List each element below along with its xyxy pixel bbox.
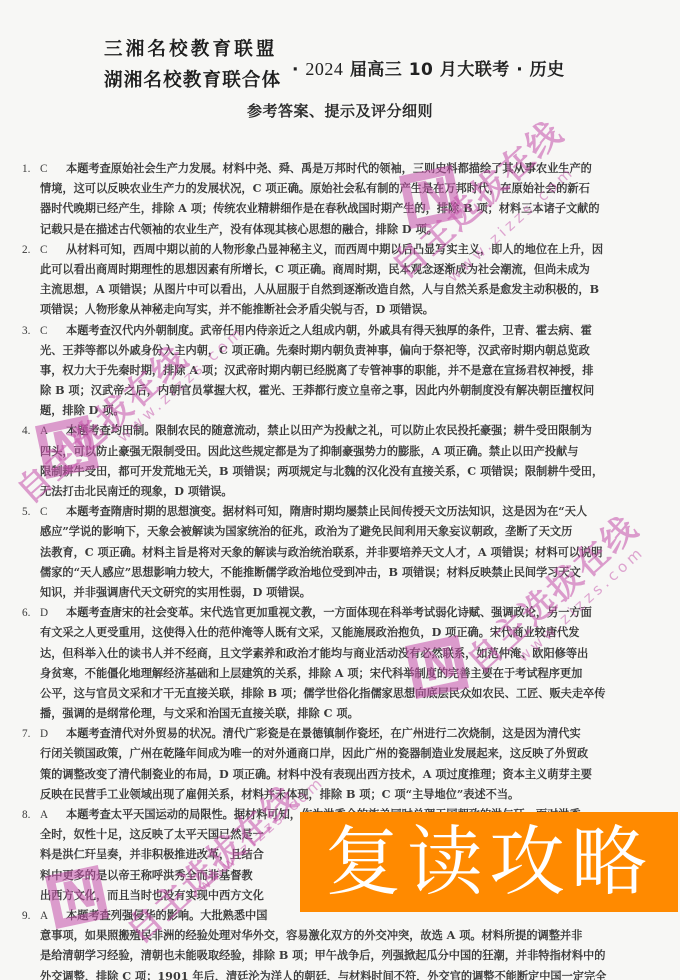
explanation-text: 公平，这与官员文采和才干无直接关联，排除 B 项；儒学世俗化指儒家思想向底层民众… [40,686,605,700]
answer-line: 策的调整改变了清代制瓷业的布局，D 项正确。材料中没有表现出西方技术，A 项过度… [22,764,662,784]
explanation-text: 从材料可知，西周中期以前的人物形象凸显神秘主义，而西周中期以后凸显写实主义，即人… [66,242,603,256]
watermark-logo-icon [399,165,463,229]
explanation-text: 项错误；人物形象从神秘走向写实，并不能推断社会矛盾尖锐与否，D 项错误。 [40,302,434,316]
explanation-text: 身贫寒，不能僵化地理解经济基础和上层建筑的关系，排除 A 项；宋代科举制度的完善… [40,666,582,680]
answer-line: 事，权力大于先秦时期，排除 A 项；汉武帝时期内朝已经脱离了专管神事的职能，并不… [22,360,662,380]
question-number: 8. [22,805,40,824]
answer-line: 意事项，如果照搬殖民非洲的经验处理对华外交，容易激化双方的外交冲突，故选 A 项… [22,925,662,945]
answer-choice: C [40,321,66,340]
organizer-line-2: 湖湘名校教育联合体 [104,65,281,96]
answer-item: 5.C本题考查隋唐时期的思想演变。据材料可知，隋唐时期均屡禁止民间传授天文历法知… [22,501,662,602]
explanation-text: 主流思想，A 项错误；从图片中可以看出，人从屈服于自然到逐渐改造自然，人与自然关… [40,282,599,296]
answer-item: 1.C本题考查原始社会生产力发展。材料中尧、舜、禹是万邦时代的领袖，三则史料都描… [22,158,662,239]
answer-choice: C [40,240,66,259]
explanation-text: 全时，奴性十足，这反映了太平天国已然是一 [40,827,264,841]
answer-item: 2.C从材料可知，西周中期以前的人物形象凸显神秘主义，而西周中期以后凸显写实主义… [22,239,662,320]
question-number: 1. [22,159,40,178]
answer-line: 除 B 项；汉武帝之后，内朝官员掌握大权，霍光、王莽都行废立皇帝之事，因此内外朝… [22,380,662,400]
answer-line: 主流思想，A 项错误；从图片中可以看出，人从屈服于自然到逐渐改造自然，人与自然关… [22,279,662,299]
question-number: 3. [22,321,40,340]
explanation-text: 本题考查清代对外贸易的状况。清代广彩瓷是在景德镇制作瓷坯，在广州进行二次烧制，这… [66,726,581,740]
answer-line: 2.C从材料可知，西周中期以前的人物形象凸显神秘主义，而西周中期以后凸显写实主义… [22,239,662,259]
answer-line: 感应”学说的影响下，天象会被解读为国家统治的征兆，政治为了避免民间利用天象妄议朝… [22,521,662,541]
answer-line: 4.A本题考查均田制。限制农民的随意流动，禁止以田产为投献之礼，可以防止农民投托… [22,420,662,440]
organizer-block: 三湘名校教育联盟 湖湘名校教育联合体 [104,34,281,96]
answer-item: 7.D本题考查清代对外贸易的状况。清代广彩瓷是在景德镇制作瓷坯，在广州进行二次烧… [22,723,662,804]
explanation-text: 反映在民营手工业领域出现了雇佣关系，材料并未体现，排除 B 项；C 项“主导地位… [40,787,519,801]
watermark-logo-icon [45,865,109,929]
watermark-logo-icon [35,415,99,479]
explanation-text: 本题考查隋唐时期的思想演变。据材料可知，隋唐时期均屡禁止民间传授天文历法知识，这… [66,504,587,518]
question-number: 2. [22,240,40,259]
explanation-text: 达，但科举入仕的读书人并不经商，且文学素养和政治才能均与商业活动没有必然联系，如… [40,646,588,660]
explanation-text: 播，强调的是纲常伦理，与文采和治国无直接关联，排除 C 项。 [40,706,359,720]
promo-banner[interactable]: 复读攻略 [300,812,678,912]
answer-line: 7.D本题考查清代对外贸易的状况。清代广彩瓷是在景德镇制作瓷坯，在广州进行二次烧… [22,723,662,743]
answer-line: 此可以看出商周时期理性的思想因素有所增长，C 项正确。商周时期，民本观念逐渐成为… [22,259,662,279]
answer-choice: D [40,724,66,743]
answer-item: 6.D本题考查唐宋的社会变革。宋代选官更加重视文教，一方面体现在科举考试弱化诗赋… [22,602,662,723]
explanation-text: 法教育，C 项正确。材料主旨是将对天象的解读与政治统治联系，并非要培养天文人才，… [40,545,602,559]
answer-line: 公平，这与官员文采和才干无直接关联，排除 B 项；儒学世俗化指儒家思想向底层民众… [22,683,662,703]
answer-line: 项错误；人物形象从神秘走向写实，并不能推断社会矛盾尖锐与否，D 项错误。 [22,299,662,319]
answer-line: 有文采之人更受重用，这使得入仕的范仲淹等人既有文采，又能施展政治抱负，D 项正确… [22,622,662,642]
answer-line: 反映在民营手工业领域出现了雇佣关系，材料并未体现，排除 B 项；C 项“主导地位… [22,784,662,804]
answer-line: 1.C本题考查原始社会生产力发展。材料中尧、舜、禹是万邦时代的领袖，三则史料都描… [22,158,662,178]
answer-line: 情境，这可以反映农业生产力的发展状况，C 项正确。原始社会私有制的产生是在万邦时… [22,178,662,198]
answer-line: 器时代晚期已经产生，排除 A 项；传统农业精耕细作是在春秋战国时期产生的，排除 … [22,198,662,218]
answer-line: 是给清朝学习经验，清朝也未能吸取经验，排除 B 项；甲午战争后，列强掀起瓜分中国… [22,945,662,965]
explanation-text: 意事项，如果照搬殖民非洲的经验处理对华外交，容易激化双方的外交冲突，故选 A 项… [40,928,582,942]
answer-line: 四头，可以防止豪强无限制受田。因此这些规定都是为了抑制豪强势力的膨胀，A 项正确… [22,441,662,461]
answer-line: 光、王莽等都以外戚身份入主内朝，C 项正确。先秦时期内朝负责神事，偏向于祭祀等，… [22,340,662,360]
explanation-text: 知识，并非强调唐代天文研究的实用性弱，D 项错误。 [40,585,311,599]
explanation-text: 料是洪仁玕呈奏，并非积极推进改革，且结合 [40,847,264,861]
explanation-text: 此可以看出商周时期理性的思想因素有所增长，C 项正确。商周时期，民本观念逐渐成为… [40,262,590,276]
question-number: 6. [22,603,40,622]
explanation-text: 本题考查均田制。限制农民的随意流动，禁止以田产为投献之礼，可以防止农民投托豪强；… [66,423,592,437]
answer-line: 行闭关锁国政策，广州在乾隆年间成为唯一的对外通商口岸，因此广州的瓷器制造业发展起… [22,743,662,763]
answer-line: 限制耕牛受田，都可开发荒地无关，B 项错误；两项规定与北魏的汉化没有直接关系，C… [22,461,662,481]
answer-line: 无法打击北民南迁的现象，D 项错误。 [22,481,662,501]
document-page: 三湘名校教育联盟 湖湘名校教育联合体 · 2024 届高三 10 月大联考 · … [0,0,680,980]
answer-choice: C [40,502,66,521]
answer-line: 3.C本题考查汉代内外朝制度。武帝任用内侍亲近之人组成内朝，外戚具有得天独厚的条… [22,320,662,340]
answer-choice: A [40,805,66,824]
answer-line: 儒家的“天人感应”思想影响力较大，不能推断儒学政治地位受到冲击，B 项错误；材料… [22,562,662,582]
explanation-text: 本题考查唐宋的社会变革。宋代选官更加重视文教，一方面体现在科举考试弱化诗赋、强调… [66,605,592,619]
answer-line: 法教育，C 项正确。材料主旨是将对天象的解读与政治统治联系，并非要培养天文人才，… [22,542,662,562]
explanation-text: 感应”学说的影响下，天象会被解读为国家统治的征兆，政治为了避免民间利用天象妄议朝… [40,524,572,538]
answer-item: 3.C本题考查汉代内外朝制度。武帝任用内侍亲近之人组成内朝，外戚具有得天独厚的条… [22,320,662,421]
exam-title: · 2024 届高三 10 月大联考 · 历史 [292,55,565,80]
answer-line: 记载只是在描述古代领袖的农业生产，没有体现其核心思想的融合，排除 D 项。 [22,219,662,239]
exam-title-dot: · [292,60,299,80]
explanation-text: 本题考查汉代内外朝制度。武帝任用内侍亲近之人组成内朝，外戚具有得天独厚的条件，卫… [66,323,592,337]
answer-line: 播，强调的是纲常伦理，与文采和治国无直接关联，排除 C 项。 [22,703,662,723]
explanation-text: 记载只是在描述古代领袖的农业生产，没有体现其核心思想的融合，排除 D 项。 [40,222,438,236]
explanation-text: 本题考查原始社会生产力发展。材料中尧、舜、禹是万邦时代的领袖，三则史料都描绘了其… [66,161,592,175]
answer-line: 知识，并非强调唐代天文研究的实用性弱，D 项错误。 [22,582,662,602]
promo-banner-label: 复读攻略 [325,824,653,900]
explanation-text: 除 B 项；汉武帝之后，内朝官员掌握大权，霍光、王莽都行废立皇帝之事，因此内外朝… [40,383,594,397]
question-number: 5. [22,502,40,521]
explanation-text: 行闭关锁国政策，广州在乾隆年间成为唯一的对外通商口岸，因此广州的瓷器制造业发展起… [40,746,588,760]
answer-line: 达，但科举入仕的读书人并不经商，且文学素养和政治才能均与商业活动没有必然联系，如… [22,643,662,663]
answer-item: 9.A本题考查列强侵华的影响。大批熟悉中国意事项，如果照搬殖民非洲的经验处理对华… [22,905,662,980]
exam-title-text: 届高三 10 月大联考 · 历史 [350,60,565,80]
explanation-text: 是给清朝学习经验，清朝也未能吸取经验，排除 B 项；甲午战争后，列强掀起瓜分中国… [40,948,605,962]
watermark-logo-icon [405,635,469,699]
answer-line: 6.D本题考查唐宋的社会变革。宋代选官更加重视文教，一方面体现在科举考试弱化诗赋… [22,602,662,622]
answer-line: 身贫寒，不能僵化地理解经济基础和上层建筑的关系，排除 A 项；宋代科举制度的完善… [22,663,662,683]
explanation-text: 器时代晚期已经产生，排除 A 项；传统农业精耕细作是在春秋战国时期产生的，排除 … [40,201,600,215]
explanation-text: 限制耕牛受田，都可开发荒地无关，B 项错误；两项规定与北魏的汉化没有直接关系，C… [40,464,603,478]
explanation-text: 策的调整改变了清代制瓷业的布局，D 项正确。材料中没有表现出西方技术，A 项过度… [40,767,592,781]
exam-year: 2024 [305,59,343,79]
answer-line: 题，排除 D 项。 [22,400,662,420]
explanation-text: 事，权力大于先秦时期，排除 A 项；汉武帝时期内朝已经脱离了专管神事的职能，并不… [40,363,593,377]
explanation-text: 儒家的“天人感应”思想影响力较大，不能推断儒学政治地位受到冲击，B 项错误；材料… [40,565,581,579]
organizer-line-1: 三湘名校教育联盟 [104,34,281,65]
answer-line: 外交调整，排除 C 项；1901 年后，清廷沦为洋人的朝廷，与材料时间不符，外交… [22,966,662,980]
explanation-text: 四头，可以防止豪强无限制受田。因此这些规定都是为了抑制豪强势力的膨胀，A 项正确… [40,444,578,458]
explanation-text: 光、王莽等都以外戚身份入主内朝，C 项正确。先秦时期内朝负责神事，偏向于祭祀等，… [40,343,590,357]
question-number: 9. [22,906,40,925]
answer-item: 4.A本题考查均田制。限制农民的随意流动，禁止以田产为投献之礼，可以防止农民投托… [22,420,662,501]
explanation-text: 无法打击北民南迁的现象，D 项错误。 [40,484,233,498]
explanation-text: 外交调整，排除 C 项；1901 年后，清廷沦为洋人的朝廷，与材料时间不符，外交… [40,969,606,980]
explanation-text: 情境，这可以反映农业生产力的发展状况，C 项正确。原始社会私有制的产生是在万邦时… [40,181,590,195]
answer-choice: C [40,159,66,178]
question-number: 7. [22,724,40,743]
answer-line: 5.C本题考查隋唐时期的思想演变。据材料可知，隋唐时期均屡禁止民间传授天文历法知… [22,501,662,521]
explanation-text: 有文采之人更受重用，这使得入仕的范仲淹等人既有文采，又能施展政治抱负，D 项正确… [40,625,579,639]
page-subtitle: 参考答案、提示及评分细则 [0,100,680,121]
answer-choice: D [40,603,66,622]
